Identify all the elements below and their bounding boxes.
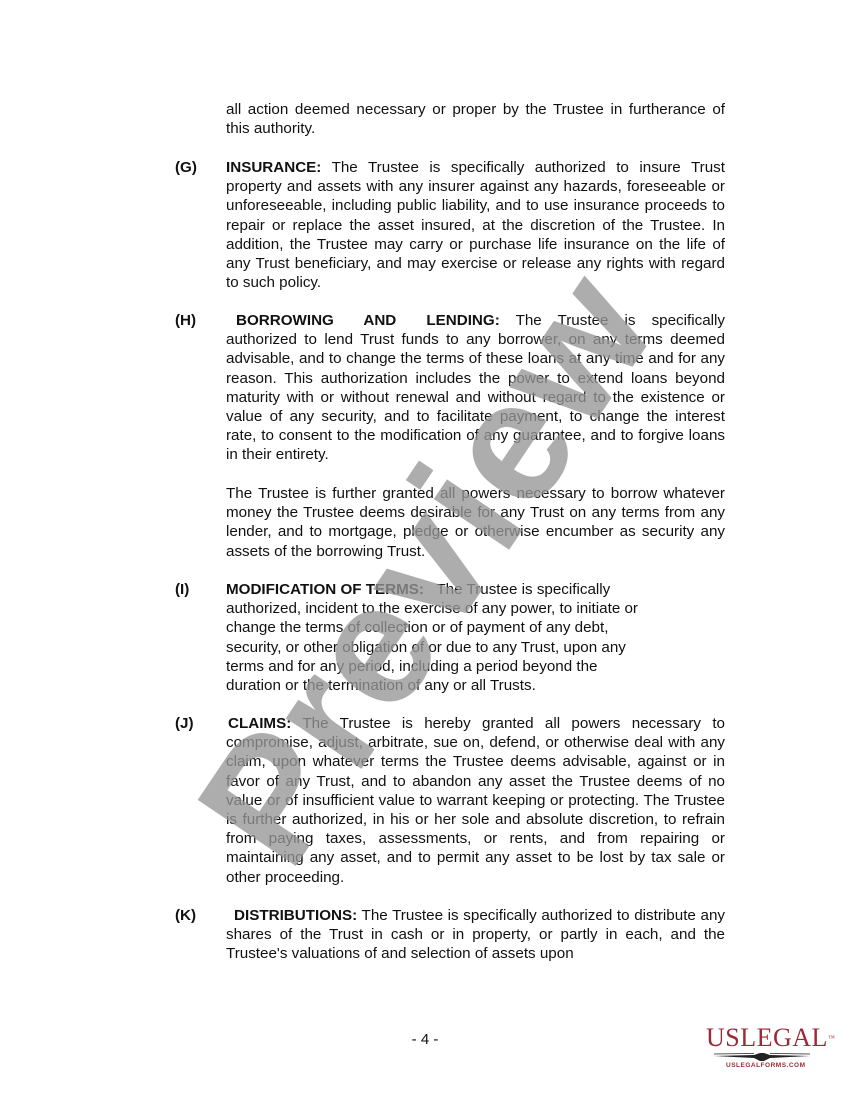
section-heading: BORROWING AND LENDING: [236,312,500,329]
uslegal-logo[interactable]: USLEGAL™ USLEGALFORMS.COM [706,1025,821,1070]
section-k: (K) DISTRIBUTIONS: The Trustee is specif… [175,906,725,964]
section-label: (G) [175,158,197,177]
section-heading: DISTRIBUTIONS: [234,907,357,924]
section-body: MODIFICATION OF TERMS: The Trustee is sp… [226,580,656,695]
section-body: INSURANCE: The Trustee is specifically a… [226,158,725,292]
section-body: CLAIMS: The Trustee is hereby granted al… [226,714,725,887]
logo-wordmark: USLEGAL™ [706,1025,821,1051]
trademark-symbol: ™ [828,1034,835,1042]
section-body: DISTRIBUTIONS: The Trustee is specifical… [226,906,725,964]
section-heading: INSURANCE: [226,159,321,176]
section-heading: MODIFICATION OF TERMS: [226,581,424,598]
document-page: all action deemed necessary or proper by… [0,0,850,1100]
logo-url: USLEGALFORMS.COM [726,1062,821,1070]
section-label: (K) [175,906,196,925]
section-label: (I) [175,580,189,599]
section-g: (G) INSURANCE: The Trustee is specifical… [175,158,725,292]
section-i: (I) MODIFICATION OF TERMS: The Trustee i… [175,580,725,695]
section-heading: CLAIMS: [228,715,291,732]
section-text: The Trustee is specifically authorized t… [226,159,725,291]
section-text: The Trustee is specifically authorized t… [226,312,725,463]
section-j: (J) CLAIMS: The Trustee is hereby grante… [175,714,725,887]
section-label: (H) [175,311,196,330]
intro-continuation: all action deemed necessary or proper by… [226,100,725,138]
section-h: (H) BORROWING AND LENDING: The Trustee i… [175,311,725,465]
section-h-extra-paragraph: The Trustee is further granted all power… [226,484,725,561]
section-body: BORROWING AND LENDING: The Trustee is sp… [226,311,725,465]
section-label: (J) [175,714,194,733]
eagle-icon [714,1052,810,1062]
section-text: The Trustee is hereby granted all powers… [226,715,725,886]
